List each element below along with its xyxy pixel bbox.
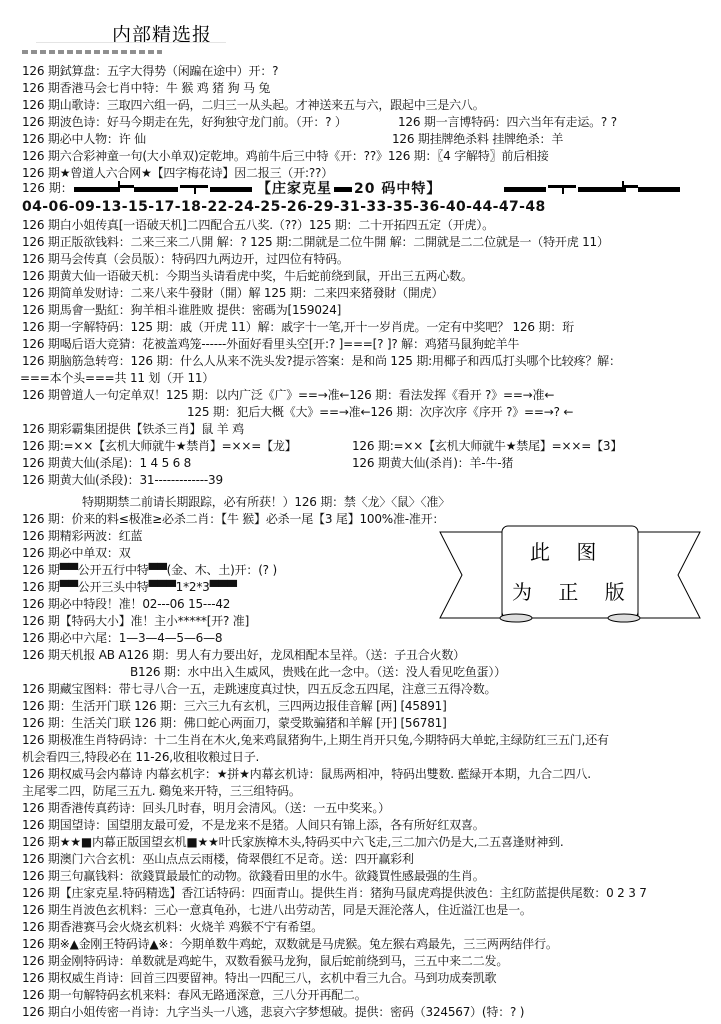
text-line: 126 期马会传真（会员版）：特码四九两边开，过四位有特码。: [22, 251, 349, 268]
text-line: 126 期【庄家克星.特码精选】香江话特码：四面青山。提供生肖：猪狗马鼠虎鸡提供…: [22, 885, 647, 902]
text-line: 126 期必中单双：双: [22, 545, 131, 562]
text-line: 126 期澳门六合玄机：巫山点点云雨楼，倚翠偎红不足奇。送：四开赢彩利: [22, 851, 414, 868]
text-line: 126 期彩霸集团提供【铁杀三肖】鼠 羊 鸡: [22, 421, 244, 438]
text-line: 126 期必中六尾：1—3—4—5—6—8: [22, 630, 222, 647]
text-line: 126 期白小姐传密一肖诗：九字当头一八逃，悲哀六字梦想破。提供：密码（3245…: [22, 1004, 524, 1021]
text-line: 126 期必中人物：许 仙: [22, 131, 146, 148]
text-line: 126 期：生活关门联 126 期：佛口蛇心两面刀，蒙受欺骗猪和羊解 [开] […: [22, 715, 447, 732]
text-line: 126 期▀▀公开三头中特▀▀▀1*2*3▀▀▀: [22, 579, 237, 596]
text-line: 126 期喝后语大竞猜：花被盖鸡笼------外面好看里头空[开:? ]===[…: [22, 336, 519, 353]
text-line: 126 期极准生肖特码诗：十二生肖在木火,兔来鸡鼠猪狗牛,上期生肖开只兔,今期特…: [22, 732, 609, 749]
text-line: 126 期必中特段！准！02---06 15---42: [22, 596, 230, 613]
text-line: 126 期：生活开门联 126 期：三六三九有玄机，三四两边报佳音解 [两] […: [22, 698, 447, 715]
text-line-right: 126 期黄大仙(杀肖)：羊-牛-猪: [352, 455, 513, 472]
text-line: 126 期国望诗：国望朋友最可爱，不是龙来不是猪。人间只有锦上添，各有所好红双喜…: [22, 817, 485, 834]
text-line: 特期期禁二前请长期跟踪，必有所获！）126 期：禁〈龙〉〈鼠〉〈准〉: [82, 494, 450, 511]
text-line: 126 期藏宝图料：带七寻八合一五，走跳速度真过快，四五反念五四尾，注意三五得冷…: [22, 681, 496, 698]
text-line: 126 期权威马会内幕诗 内幕玄机字：★拼★内幕玄机诗：鼠馬两相冲，特码出雙数.…: [22, 766, 591, 783]
banner-prefix: 126 期：: [22, 179, 73, 196]
text-line: 126 期【特码大小】准！主小*****[开? 准]: [22, 613, 249, 630]
banner-bar: [638, 187, 680, 192]
banner-bar: [578, 187, 626, 192]
text-line: 126 期香港赛马会火烧玄机料：火烧羊 鸡猴不宁有希望。: [22, 919, 323, 936]
text-line: 126 期白小姐传真[一语破天机]二四配合五八奖.（??）125 期：二十开拓四…: [22, 217, 494, 234]
banner-bar: [120, 185, 134, 188]
text-line: 126 期黄大仙一语破天机：今期当头请看虎中奖，牛后蛇前绕到鼠，开出三五两心数。: [22, 268, 473, 285]
text-line: 125 期：犯后大概《大》==→准←126 期：次序次序《序开 ?》==→? ←: [187, 404, 573, 421]
text-line: ===本个头===共 11 划（开 11）: [20, 370, 214, 387]
text-line: 126 期香港传真药诗：回头几时春，明月会清风。（送：一五中奖来。）: [22, 800, 390, 817]
clipped-line: [22, 50, 162, 54]
text-line: 126 期脑筋急转弯：126 期：什么人从来不洗头发?提示答案：是和尚 125 …: [22, 353, 621, 370]
text-line: 126 期权威生肖诗：回首三四要留神。特出一四配三八，玄机中看三九合。马到功成奏…: [22, 970, 496, 987]
text-line: 126 期香港马会七肖中特：牛 猴 鸡 猪 狗 马 兔: [22, 80, 270, 97]
banner-bar: [624, 185, 638, 188]
stamp-line-1: 此 图: [530, 536, 606, 565]
text-line: 126 期天机报 AB A126 期：男人有力要出好，龙凤相配本呈祥。（送：子丑…: [22, 647, 465, 664]
text-line: 126 期馬會一點紅：狗羊相斗谁胜败 提供：密碼为[159024]: [22, 302, 341, 319]
text-line: 126 期精彩两波：红蓝: [22, 528, 142, 545]
text-line: 126 期简单发财诗：二来八来牛發財（開）解 125 期：二来四来猪發財（開虎）: [22, 285, 443, 302]
text-line: 126 期:=××【玄机大师就牛★禁肖】=××=【龙】: [22, 438, 297, 455]
stamp-line-2: 为 正 版: [512, 576, 635, 605]
text-line: 126 期三句赢钱料：欲錢買最最忙的动物。欲錢看田里的水牛。欲錢買性感最强的生肖…: [22, 868, 485, 885]
banner-tick: [194, 186, 196, 194]
text-line: 126 期※▲金刚王特码诗▲※：今期单数牛鸡蛇，双数就是马虎猴。兔左猴右鸡最先，…: [22, 936, 558, 953]
text-line: 126 期波色诗：好马今期走在先，好狗独守龙门前。（开：? ）: [22, 114, 347, 131]
text-line: 126 期★★■内幕正版国望玄机■★★叶氏家族樟木头,特码买中六飞走,三二加六仍…: [22, 834, 564, 851]
text-line: 126 期：价来的料≤极准≥必杀二肖：【牛 猴】必杀一尾【3 尾】100%准-准…: [22, 511, 444, 528]
banner-block: [334, 187, 352, 192]
text-line-right: 126 期:=××【玄机大师就牛★禁尾】=××=【3】: [352, 438, 622, 455]
banner-bar: [210, 187, 252, 192]
text-line: 126 期六合彩神童一句(大小单双)定乾坤。鸡前牛后三中特《开：??》126 期…: [22, 148, 549, 165]
banner-tick: [562, 186, 564, 194]
text-line: 126 期一字解特码：125 期：戚（开虎 11）解：戚字十一笔,开十一岁肖虎。…: [22, 319, 574, 336]
text-line-right: 126 期挂牌绝杀料 挂牌绝杀：羊: [392, 131, 563, 148]
authentic-stamp: 此 图 为 正 版: [430, 520, 710, 630]
banner-bar: [134, 187, 178, 192]
text-line: 126 期▀▀公开五行中特▀▀(金、木、土)开：(? ): [22, 562, 277, 579]
banner-numbers: 04-06-09-13-15-17-18-22-24-25-26-29-31-3…: [22, 199, 546, 215]
text-line: 126 期黄大仙(杀尾)：1 4 5 6 8: [22, 455, 191, 472]
text-line: B126 期：水中出入生威风，贵贱在此一念中。（送：没人看见吃鱼蛋））: [130, 664, 506, 681]
text-line: 126 期金刚特码诗：单数就是鸡蛇牛，双数看猴马龙狗，鼠后蛇前绕到马，三五中来二…: [22, 953, 508, 970]
text-line: 机会看四三,特段必在 11-26,收租收粮过日子.: [22, 749, 259, 766]
text-line: 主尾零二四，防尾三五九. 鷄兔来开特，三三组特码。: [22, 783, 301, 800]
text-line: 126 期鉽算盘：五字大得势（闲蹁在途中）开：?: [22, 63, 278, 80]
text-line: 126 期生肖波色玄机料：三心一意真龟孙，七进八出劳动苦，同是天涯沦落人，住近溢…: [22, 902, 532, 919]
text-line: 126 期山歌诗：三取四六组一码，二归三一从头起。才神送来五与六，跟起中三是六八…: [22, 97, 485, 114]
text-line: 126 期一句解特码玄机来料：春风无路通深意，三八分开再配二。: [22, 987, 367, 1004]
text-line: 126 期正版欲钱料：二来三来二八開 解：? 125 期:二開就是二位牛開 解：…: [22, 234, 609, 251]
text-line-right: 126 期一言博特码：四六当年有走运。? ?: [398, 114, 617, 131]
text-line: 126 期曾道人一句定单双！125 期：以内广泛《广》==→准←126 期：看法…: [22, 387, 554, 404]
banner-title: 【庄家克星20 码中特】: [257, 178, 441, 198]
banner-bar: [504, 187, 546, 192]
text-line: 126 期黄大仙(杀段)：31-------------39: [22, 472, 223, 489]
banner-bar: [74, 187, 120, 192]
banner-row: 126 期： 【庄家克星20 码中特】: [22, 178, 702, 198]
title-underline: [36, 42, 226, 43]
